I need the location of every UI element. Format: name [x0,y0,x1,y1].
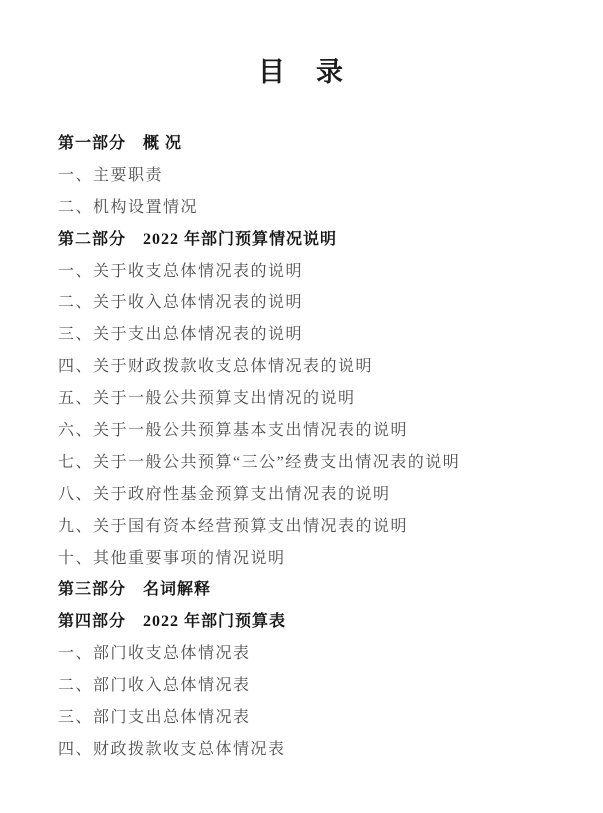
document-page: 目 录 第一部分 概 况 一、主要职责 二、机构设置情况 第二部分 2022 年… [0,0,603,813]
toc-item: 四、关于财政拨款收支总体情况表的说明 [58,351,573,383]
toc-item: 七、关于一般公共预算“三公”经费支出情况表的说明 [58,447,573,479]
toc-item: 三、部门支出总体情况表 [58,702,573,734]
toc-section-part1: 第一部分 概 况 [58,128,573,160]
toc-section-part4: 第四部分 2022 年部门预算表 [58,606,573,638]
toc-item: 九、关于国有资本经营预算支出情况表的说明 [58,511,573,543]
toc-item: 一、关于收支总体情况表的说明 [58,256,573,288]
toc-item: 四、财政拨款收支总体情况表 [58,734,573,766]
table-of-contents: 第一部分 概 况 一、主要职责 二、机构设置情况 第二部分 2022 年部门预算… [58,128,573,766]
toc-item: 五、关于一般公共预算支出情况的说明 [58,383,573,415]
toc-item: 二、机构设置情况 [58,192,573,224]
toc-item: 十、其他重要事项的情况说明 [58,543,573,575]
toc-item: 一、部门收支总体情况表 [58,638,573,670]
toc-item: 二、部门收入总体情况表 [58,670,573,702]
toc-item: 八、关于政府性基金预算支出情况表的说明 [58,479,573,511]
toc-item: 六、关于一般公共预算基本支出情况表的说明 [58,415,573,447]
page-title: 目 录 [0,56,603,88]
toc-item: 三、关于支出总体情况表的说明 [58,319,573,351]
document-viewer: { "document": { "title": "目 录", "backgro… [0,0,603,813]
toc-item: 一、主要职责 [58,160,573,192]
toc-section-part3: 第三部分 名词解释 [58,574,573,606]
toc-section-part2: 第二部分 2022 年部门预算情况说明 [58,224,573,256]
toc-item: 二、关于收入总体情况表的说明 [58,287,573,319]
